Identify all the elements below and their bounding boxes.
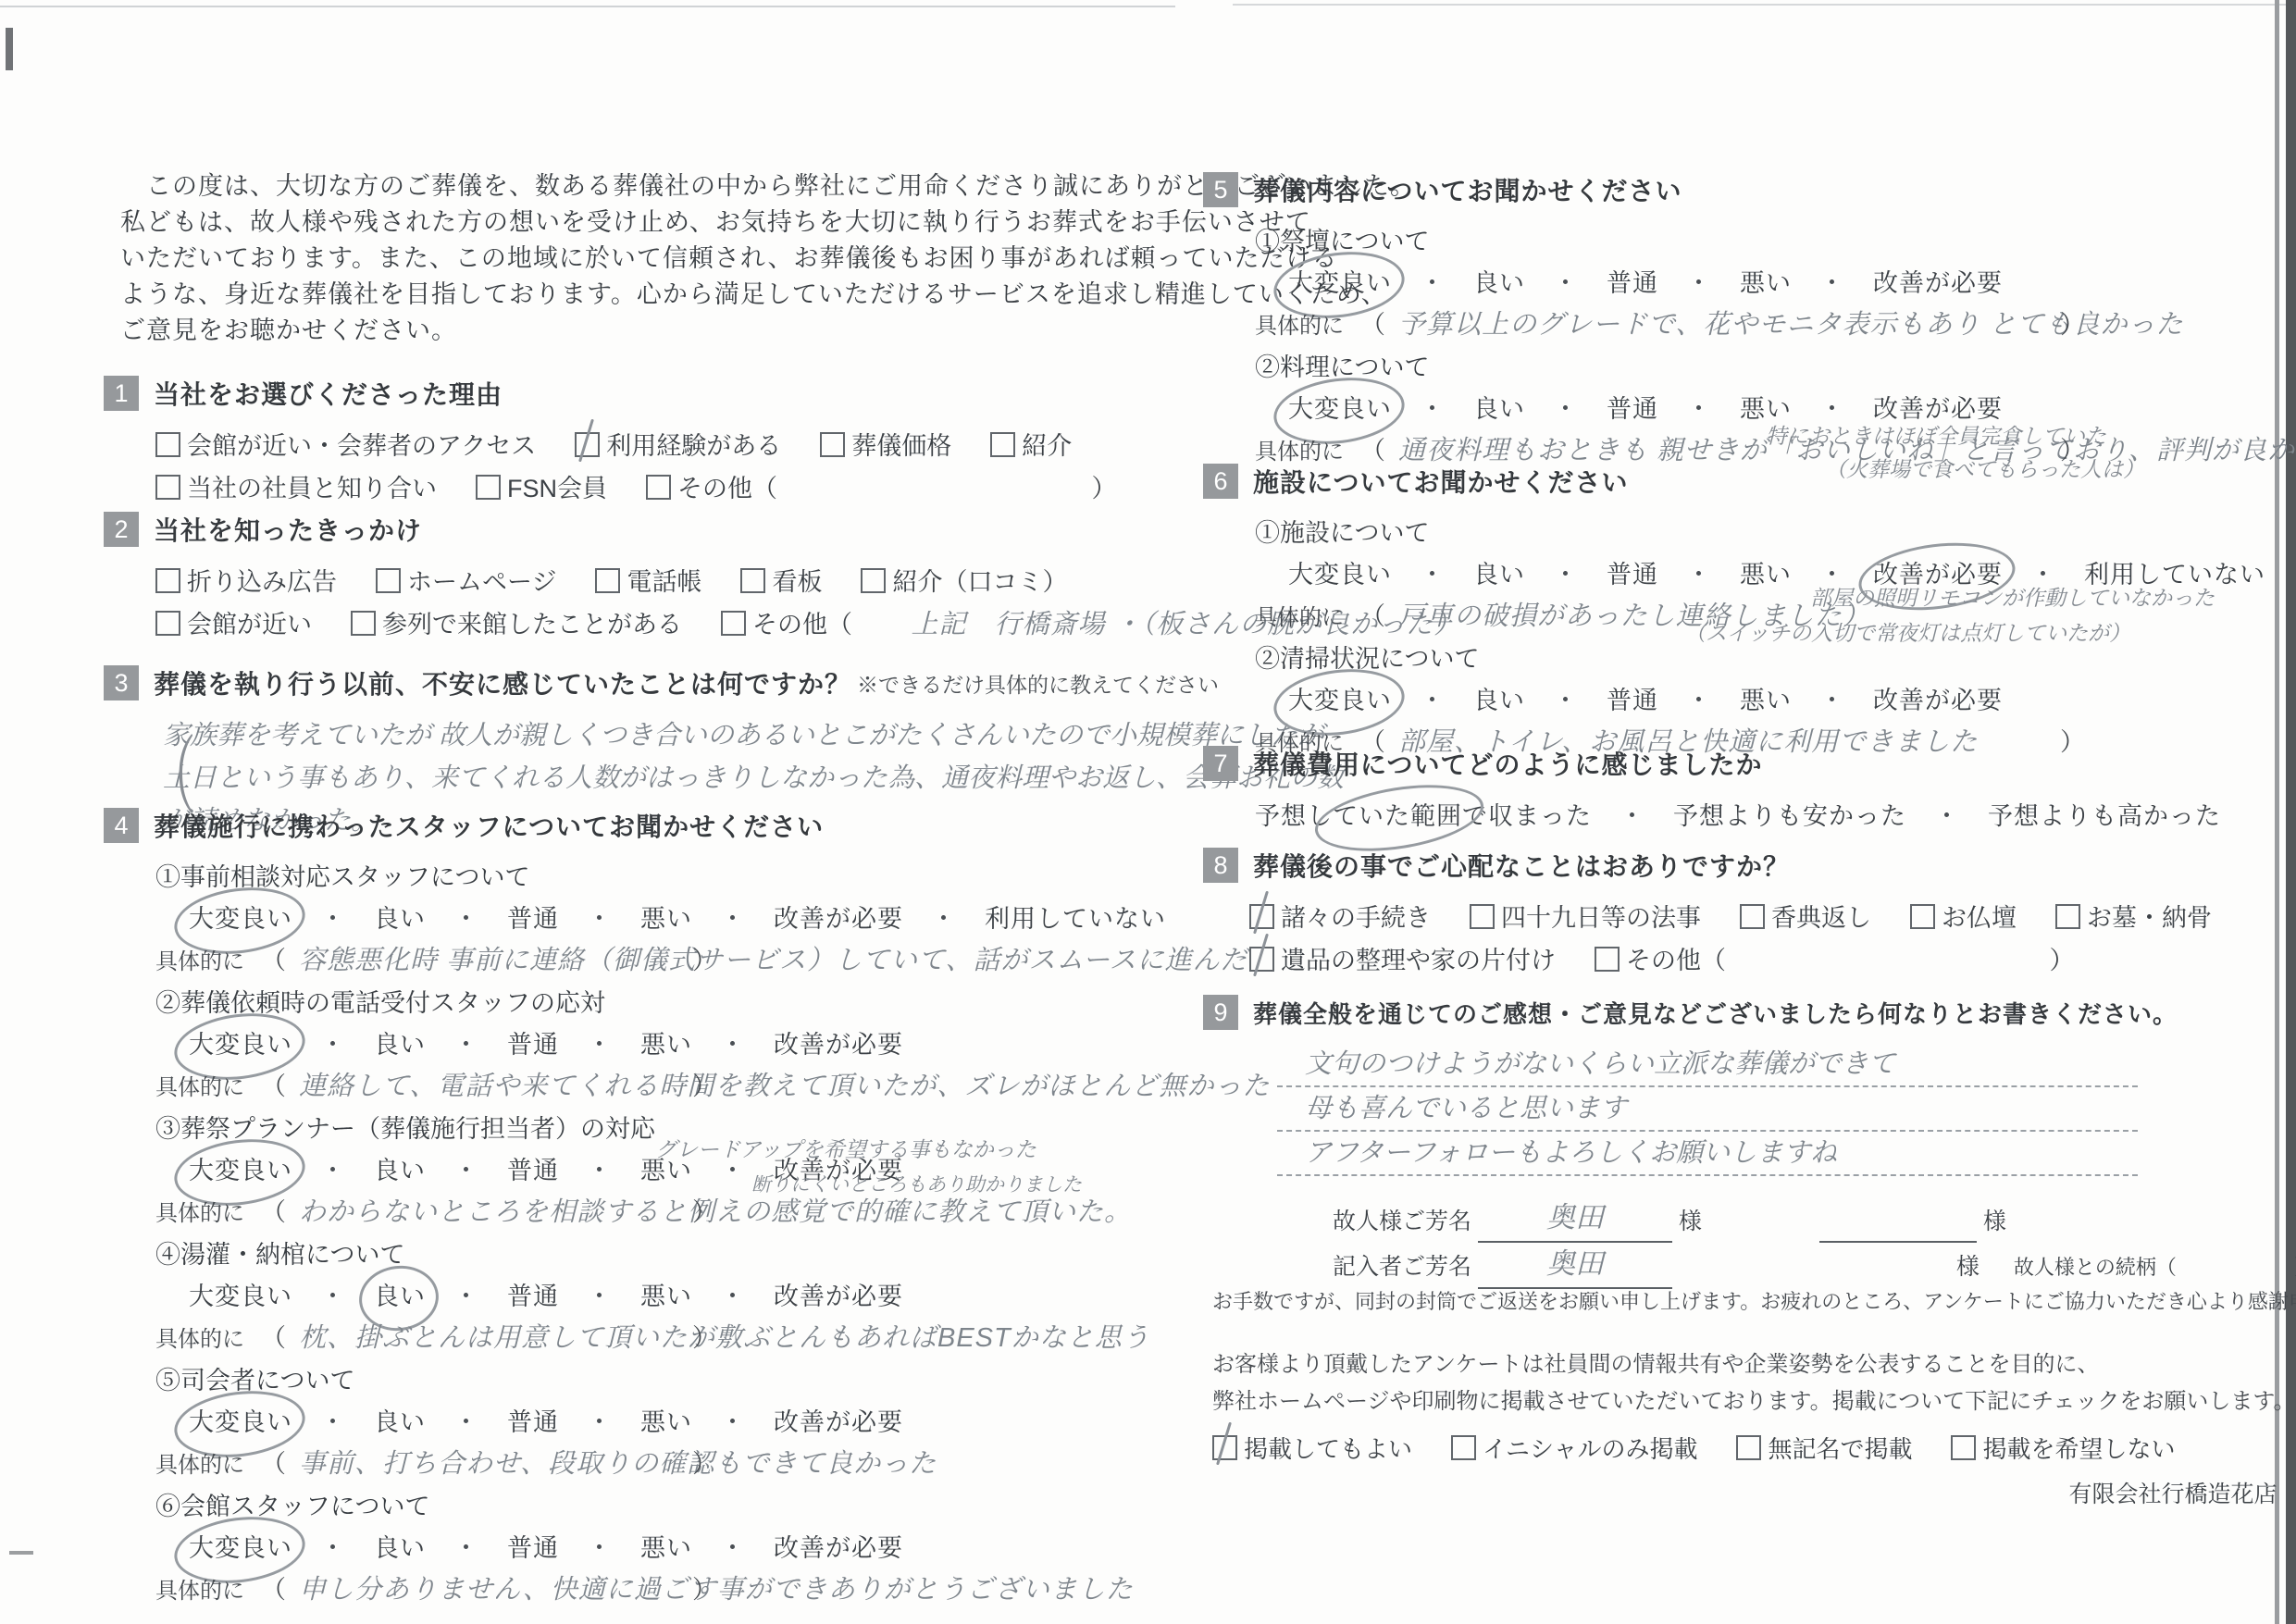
rating-option: 改善が必要 (774, 1401, 903, 1444)
checkbox-item: お仏壇 (1910, 904, 2017, 932)
writer-name-field: 奥田 (1478, 1243, 1672, 1289)
section-4-staff-feedback: 4 葬儀施行に携わったスタッフについてお聞かせください ①事前相談対応スタッフに… (104, 807, 1270, 1612)
open-paren: （ (261, 947, 286, 974)
checkbox-item: 折り込み広告 (155, 568, 337, 596)
checkbox-label: ホームページ (407, 568, 556, 596)
rating-option-selected: 良い (374, 1275, 426, 1318)
section-4-item-1-rating: 大変良い・良い・普通・悪い・改善が必要・利用していない (104, 898, 1270, 940)
open-paren: （ (1360, 437, 1385, 465)
names-block: 故人様ご芳名 奥田 様 様 記入者ご芳名 奥田 様 故人様との続柄（ ） (1333, 1196, 2296, 1289)
concrete-label: 具体的に (1255, 605, 1344, 630)
checkbox (376, 568, 401, 593)
checkbox-item: 紹介 (990, 432, 1072, 460)
scan-mark-top-left (6, 28, 13, 70)
option-separator: ・ (453, 1283, 479, 1310)
section-9-badge: 9 (1203, 995, 1238, 1030)
rating-option: 予想よりも高かった (1988, 795, 2221, 837)
checkbox (476, 475, 501, 500)
checkbox-item: 電話帳 (595, 568, 701, 596)
open-paren: （ (1360, 311, 1385, 339)
rating-option: 予想よりも安かった (1673, 795, 1906, 837)
section-2-title: 当社を知ったきっかけ (154, 511, 422, 548)
checkbox (351, 611, 376, 636)
checkbox-item: 当社の社員と知り合い (155, 475, 437, 502)
checkbox (155, 432, 180, 457)
checkbox-label: 遺品の整理や家の片付け (1281, 947, 1556, 974)
close-paren: ） (2060, 304, 2085, 345)
checkbox-item: イニシャルのみ掲載 (1451, 1435, 1697, 1463)
checkbox-label: 当社の社員と知り合い (187, 475, 437, 502)
option-separator: ・ (1686, 395, 1712, 423)
rating-option: 悪い (1740, 553, 1792, 596)
checkbox-label: 電話帳 (627, 568, 701, 596)
checkbox-item: 利用経験がある (575, 432, 781, 460)
rating-option: 悪い (640, 1275, 692, 1318)
rating-option: 普通 (1607, 553, 1658, 596)
deceased-name-label: 故人様ご芳名 (1333, 1209, 1471, 1234)
rating-option: 普通 (1607, 388, 1658, 430)
checkbox-checked (575, 432, 600, 457)
scan-edge-top-line (0, 6, 1175, 7)
option-separator: ・ (1420, 269, 1446, 297)
section-4-item-3-side-note-2: 断りにくいところもあり助かりました (751, 1170, 1082, 1197)
section-8-title: 葬儀後の事でご心配なことはおありですか？ (1253, 847, 1790, 884)
rating-option: 普通 (1607, 262, 1658, 304)
publication-consent-text: お客様より頂戴したアンケートは社員間の情報共有や企業姿勢を公表することを目的に、… (1212, 1346, 2295, 1420)
checkbox (646, 475, 671, 500)
option-separator: ・ (720, 1031, 746, 1059)
option-separator: ・ (587, 1534, 613, 1562)
section-6-item-1-label: ①施設について (1203, 513, 2265, 553)
checkbox (1740, 904, 1765, 929)
option-separator: ・ (587, 1157, 613, 1184)
checkbox-label: 利用経験がある (606, 432, 781, 460)
checkbox-label: 四十九日等の法事 (1501, 904, 1701, 932)
section-8-after-funeral-concerns: 8 葬儀後の事でご心配なことはおありですか？ 諸々の手続き四十九日等の法事香典返… (1203, 847, 2251, 982)
option-separator: ・ (453, 905, 479, 933)
section-3-note: ※できるだけ具体的に教えてください (857, 668, 1219, 699)
text-line: 文句のつけようがないくらい立派な葬儀ができて (1277, 1043, 2138, 1087)
option-separator: ・ (931, 905, 957, 933)
rating-option: 悪い (640, 898, 692, 940)
rating-option: 良い (374, 898, 426, 940)
option-separator: ・ (320, 1283, 346, 1310)
rating-option: 改善が必要 (774, 1527, 903, 1569)
checkbox (861, 568, 886, 593)
section-5-title: 葬儀内容についてお聞かせください (1253, 171, 1682, 208)
open-paren: （ (261, 1576, 286, 1604)
option-separator: ・ (1553, 687, 1579, 714)
section-8-other-close-paren: ） (2050, 947, 2075, 974)
checkbox-label: お墓・納骨 (2087, 904, 2212, 932)
checkbox-item: 四十九日等の法事 (1470, 904, 1701, 932)
rating-option: 改善が必要 (1873, 262, 2003, 304)
return-instruction: お手数ですが、同封の封筒でご返送をお願い申し上げます。お疲れのところ、アンケート… (1212, 1286, 2296, 1315)
concrete-label: 具体的に (155, 1579, 244, 1604)
handwritten-comment: 連絡して、電話や来てくれる時間を教えて頂いたが、ズレがほとんど無かった (299, 1072, 1270, 1101)
section-1-badge: 1 (104, 376, 139, 411)
checkbox-checked (1249, 947, 1274, 972)
rating-option: 良い (374, 1527, 426, 1569)
close-paren: ） (692, 940, 717, 981)
section-5-item-2-rating: 大変良い・良い・普通・悪い・改善が必要 (1203, 388, 2296, 430)
checkbox-label: その他（ (677, 475, 777, 502)
checkbox (155, 475, 180, 500)
rating-option: 利用していない (985, 898, 1166, 940)
option-separator: ・ (1819, 269, 1845, 297)
section-7-options: 予想していた範囲で収まった・予想よりも安かった・予想よりも高かった (1203, 795, 2221, 837)
rating-option: 普通 (507, 1149, 559, 1192)
section-4-badge: 4 (104, 808, 139, 843)
rating-option: 良い (374, 1023, 426, 1066)
scanned-questionnaire-page: この度は、大切な方のご葬儀を、数ある葬儀社の中から弊社にご用命くださり誠にありが… (0, 0, 2296, 1624)
checkbox-item: ホームページ (376, 568, 556, 596)
section-4-title: 葬儀施行に携わったスタッフについてお聞かせください (154, 807, 824, 844)
section-2-checkbox-row-2-items: 会館が近い参列で来館したことがあるその他（ (155, 611, 891, 638)
option-separator: ・ (1420, 561, 1446, 589)
section-1-title: 当社をお選びくださった理由 (154, 375, 503, 412)
checkbox (1470, 904, 1495, 929)
checkbox-item: 遺品の整理や家の片付け (1249, 947, 1556, 974)
rating-option: 改善が必要 (774, 1275, 903, 1318)
option-separator: ・ (453, 1031, 479, 1059)
checkbox-item: 会館が近い・会葬者のアクセス (155, 432, 536, 460)
section-8-badge: 8 (1203, 848, 1238, 883)
concrete-label: 具体的に (155, 949, 244, 974)
section-1-checkbox-row-1: 会館が近い・会葬者のアクセス利用経験がある葬儀価格紹介 (104, 425, 1117, 467)
checkbox-item: 会館が近い (155, 611, 312, 638)
section-1-checkbox-row-2-items: 当社の社員と知り合いFSN会員その他（ (155, 475, 816, 502)
checkbox-label: 無記名で掲載 (1768, 1435, 1912, 1463)
checkbox-label: 会館が近い (187, 611, 312, 638)
section-6-badge: 6 (1203, 464, 1238, 499)
option-separator: ・ (587, 1408, 613, 1436)
concrete-label: 具体的に (155, 1201, 244, 1226)
section-8-checkbox-row-2-items: 遺品の整理や家の片付けその他（ (1249, 947, 1765, 974)
option-separator: ・ (1553, 561, 1579, 589)
option-separator: ・ (720, 905, 746, 933)
rating-option-selected: 大変良い (1288, 388, 1392, 430)
section-4-item-4-rating: 大変良い・良い・普通・悪い・改善が必要 (104, 1275, 1270, 1318)
deceased-name-row: 故人様ご芳名 奥田 様 様 (1333, 1196, 2296, 1243)
rating-option: 良い (374, 1149, 426, 1192)
concrete-label: 具体的に (155, 1453, 244, 1478)
section-6-item-1-side-note-1: 部屋の照明リモコンが作動していなかった (1810, 581, 2215, 612)
checkbox-label: イニシャルのみ掲載 (1483, 1435, 1697, 1463)
option-separator: ・ (320, 1031, 346, 1059)
open-paren: （ (261, 1324, 286, 1352)
rating-option: 良い (1473, 553, 1525, 596)
close-paren: ） (692, 1318, 717, 1358)
rating-option-selected: 大変良い (1288, 262, 1392, 304)
concrete-label: 具体的に (155, 1075, 244, 1100)
option-separator: ・ (587, 1031, 613, 1059)
section-9-title: 葬儀全般を通じてのご感想・ご意見などございましたら何なりとお書きください。 (1253, 996, 2178, 1030)
text-line: アフターフォローもよろしくお願いしますね (1277, 1132, 2138, 1176)
writer-name-label: 記入者ご芳名 (1333, 1254, 1471, 1280)
rating-option: 普通 (507, 1527, 559, 1569)
relation-label: 故人様との続柄（ (2014, 1256, 2177, 1279)
checkbox-label: 掲載してもよい (1244, 1435, 1412, 1463)
sama-label: 様 (1983, 1209, 2006, 1234)
rating-option: 普通 (507, 898, 559, 940)
deceased-name-field-2 (1819, 1198, 1977, 1243)
rating-option-selected: 大変良い (189, 1401, 292, 1444)
checkbox-label: 紹介（口コミ） (892, 568, 1067, 596)
section-6-facility: 6 施設についてお聞かせください ①施設について 大変良い・良い・普通・悪い・改… (1203, 463, 2265, 764)
scan-edge-top-line-right (1233, 4, 2296, 6)
checkbox-item: 葬儀価格 (820, 432, 951, 460)
option-separator: ・ (320, 1534, 346, 1562)
close-paren: ） (692, 1192, 717, 1233)
option-separator: ・ (1686, 687, 1712, 714)
checkbox-item: 参列で来館したことがある (351, 611, 682, 638)
handwritten-comment: 事前、打ち合わせ、段取りの確認もできて良かった (299, 1449, 937, 1479)
checkbox-label: 掲載を希望しない (1982, 1435, 2175, 1463)
deceased-name-handwriting: 奥田 (1546, 1201, 1604, 1233)
section-7-funeral-cost: 7 葬儀費用についてどのように感じましたか 予想していた範囲で収まった・予想より… (1203, 745, 2221, 837)
section-6-item-1-side-note-2: （スイッチの入切で常夜灯は点灯していたが） (1684, 616, 2130, 647)
deceased-name-field: 奥田 (1478, 1196, 1672, 1243)
open-paren: （ (261, 1198, 286, 1226)
checkbox-label: 香典返し (1771, 904, 1871, 932)
checkbox-item: 掲載してもよい (1212, 1435, 1412, 1463)
publication-consent-block: お客様より頂戴したアンケートは社員間の情報共有や企業姿勢を公表することを目的に、… (1212, 1346, 2295, 1509)
rating-option: 改善が必要 (774, 898, 903, 940)
rating-option: 大変良い (189, 1275, 292, 1318)
rating-option-selected: 予想していた範囲で収まった (1255, 795, 1592, 837)
text-line: 家族葬を考えていたが 故人が親しくつき合いのあるいとこがたくさんいたので小規模葬… (163, 714, 1344, 757)
rating-option: 改善が必要 (774, 1023, 903, 1066)
section-8-checkbox-row-1: 諸々の手続き四十九日等の法事香典返しお仏壇お墓・納骨 (1203, 897, 2251, 939)
section-1-checkbox-row-2: 当社の社員と知り合いFSN会員その他（ ） (104, 467, 1117, 510)
checkbox (740, 568, 765, 593)
option-separator: ・ (320, 1408, 346, 1436)
handwritten-comment: 容態悪化時 事前に連絡（御儀式サービス）していて、話がスムースに進んだ (299, 946, 1248, 975)
text-line: 母も喜んでいると思います (1277, 1087, 2138, 1132)
checkbox-item: その他（ (646, 475, 777, 502)
option-separator: ・ (720, 1408, 746, 1436)
rating-option: 悪い (640, 1527, 692, 1569)
section-4-item-4-label: ④湯灌・納棺について (104, 1234, 1270, 1275)
checkbox (1951, 1435, 1976, 1460)
checkbox-label: お仏壇 (1942, 904, 2017, 932)
text-line: 土日という事もあり、来てくれる人数がはっきりしなかった為、通夜料理やお返し、会葬… (163, 757, 1344, 800)
section-7-title: 葬儀費用についてどのように感じましたか (1253, 745, 1762, 782)
checkbox-label: その他（ (752, 611, 852, 638)
rating-option-selected: 大変良い (1288, 679, 1392, 722)
rating-option: 悪い (640, 1023, 692, 1066)
close-paren: ） (692, 1066, 717, 1107)
rating-option: 改善が必要 (1873, 679, 2003, 722)
checkbox (1736, 1435, 1761, 1460)
open-paren: （ (1360, 602, 1385, 630)
handwritten-comment: 枕、掛ぶとんは用意して頂いたが敷ぶとんもあればBESTかなと思う (299, 1323, 1150, 1353)
option-separator: ・ (1934, 802, 1960, 830)
section-3-badge: 3 (104, 665, 139, 700)
rating-option: 良い (1473, 388, 1525, 430)
rating-option-selected: 大変良い (189, 898, 292, 940)
option-separator: ・ (1553, 395, 1579, 423)
section-4-item-2-rating: 大変良い・良い・普通・悪い・改善が必要 (104, 1023, 1270, 1066)
option-separator: ・ (1420, 395, 1446, 423)
rating-option: 普通 (1607, 679, 1658, 722)
section-9-handwritten-comments: 文句のつけようがないくらい立派な葬儀ができて母も喜んでいると思いますアフターフォ… (1277, 1043, 2178, 1176)
option-separator: ・ (453, 1157, 479, 1184)
checkbox-checked (1249, 904, 1274, 929)
open-paren: （ (261, 1450, 286, 1478)
section-4-item-2-comment-row: 具体的に（連絡して、電話や来てくれる時間を教えて頂いたが、ズレがほとんど無かった… (104, 1066, 1270, 1109)
checkbox-label: FSN会員 (507, 475, 607, 502)
checkbox (820, 432, 845, 457)
rating-option: 悪い (1740, 679, 1792, 722)
checkbox-label: 紹介 (1022, 432, 1072, 460)
option-separator: ・ (587, 1283, 613, 1310)
section-9-overall-comments: 9 葬儀全般を通じてのご感想・ご意見などございましたら何なりとお書きください。 … (1203, 995, 2178, 1176)
section-4-item-6-rating: 大変良い・良い・普通・悪い・改善が必要 (104, 1527, 1270, 1569)
section-5-item-1-rating: 大変良い・良い・普通・悪い・改善が必要 (1203, 262, 2296, 304)
sama-label: 様 (1679, 1209, 1702, 1234)
rating-option: 大変良い (1288, 553, 1392, 596)
section-4-item-6-comment-row: 具体的に（申し分ありません、快適に過ごす事ができありがとうございました） (104, 1569, 1270, 1612)
checkbox-label: 折り込み広告 (187, 568, 337, 596)
checkbox-label: 諸々の手続き (1281, 904, 1431, 932)
checkbox-label: その他（ (1626, 947, 1726, 974)
checkbox (721, 611, 746, 636)
writer-name-handwriting: 奥田 (1546, 1247, 1604, 1280)
checkbox (1451, 1435, 1476, 1460)
text-line: お客様より頂戴したアンケートは社員間の情報共有や企業姿勢を公表することを目的に、 (1212, 1346, 2295, 1383)
open-paren: （ (261, 1072, 286, 1100)
checkbox-label: 参列で来館したことがある (382, 611, 682, 638)
checkbox-label: 会館が近い・会葬者のアクセス (187, 432, 536, 460)
section-4-item-4-comment-row: 具体的に（枕、掛ぶとんは用意して頂いたが敷ぶとんもあればBESTかなと思う） (104, 1318, 1270, 1360)
option-separator: ・ (1620, 802, 1645, 830)
checkbox (990, 432, 1015, 457)
option-separator: ・ (1686, 269, 1712, 297)
option-separator: ・ (453, 1534, 479, 1562)
option-separator: ・ (720, 1283, 746, 1310)
concrete-label: 具体的に (1255, 440, 1344, 465)
option-separator: ・ (1686, 561, 1712, 589)
concrete-label: 具体的に (1255, 314, 1344, 339)
company-name: 有限会社行橋造花店 (1212, 1476, 2295, 1509)
section-5-item-2-side-note-1: 特におときはほぼ全員完食していた (1766, 419, 2106, 450)
section-4-item-1-comment-row: 具体的に（容態悪化時 事前に連絡（御儀式サービス）していて、話がスムースに進んだ… (104, 940, 1270, 983)
checkbox (1910, 904, 1935, 929)
close-paren: ） (692, 1444, 717, 1484)
checkbox-label: 葬儀価格 (851, 432, 951, 460)
section-8-checkbox-row-2: 遺品の整理や家の片付けその他（ ） (1203, 939, 2251, 982)
section-5-badge: 5 (1203, 172, 1238, 207)
option-separator: ・ (1819, 687, 1845, 714)
option-separator: ・ (587, 905, 613, 933)
publication-consent-checkboxes: 掲載してもよいイニシャルのみ掲載無記名で掲載掲載を希望しない (1212, 1428, 2295, 1470)
checkbox-item: 諸々の手続き (1249, 904, 1431, 932)
checkbox-item: 紹介（口コミ） (861, 568, 1067, 596)
section-6-item-2-rating: 大変良い・良い・普通・悪い・改善が必要 (1203, 679, 2265, 722)
option-separator: ・ (1420, 687, 1446, 714)
checkbox-item: その他（ (1595, 947, 1726, 974)
checkbox-item: 無記名で掲載 (1736, 1435, 1912, 1463)
checkbox-checked (1212, 1435, 1237, 1460)
checkbox (155, 568, 180, 593)
rating-option-selected: 大変良い (189, 1149, 292, 1192)
rating-option: 良い (1473, 262, 1525, 304)
sama-label: 様 (1956, 1254, 1980, 1280)
option-separator: ・ (1553, 269, 1579, 297)
checkbox-item: その他（ (721, 611, 852, 638)
section-4-item-5-comment-row: 具体的に（事前、打ち合わせ、段取りの確認もできて良かった） (104, 1444, 1270, 1486)
checkbox-label: 看板 (772, 568, 822, 596)
checkbox (595, 568, 620, 593)
checkbox (155, 611, 180, 636)
scan-mark-bottom-left (9, 1551, 33, 1555)
rating-option: 良い (1473, 679, 1525, 722)
rating-option: 悪い (1740, 262, 1792, 304)
rating-option: 普通 (507, 1275, 559, 1318)
section-5-funeral-content: 5 葬儀内容についてお聞かせください ①祭壇について 大変良い・良い・普通・悪い… (1203, 171, 2296, 473)
checkbox-item: 香典返し (1740, 904, 1871, 932)
concrete-label: 具体的に (155, 1327, 244, 1352)
option-separator: ・ (720, 1534, 746, 1562)
checkbox (1595, 947, 1620, 972)
section-6-title: 施設についてお聞かせください (1253, 463, 1628, 500)
section-7-badge: 7 (1203, 746, 1238, 781)
rating-option-selected: 大変良い (189, 1023, 292, 1066)
text-line: 弊社ホームページや印刷物に掲載させていただいております。掲載について下記にチェッ… (1212, 1383, 2295, 1420)
checkbox-item: 看板 (740, 568, 822, 596)
checkbox-item: FSN会員 (476, 475, 607, 502)
option-separator: ・ (320, 1157, 346, 1184)
rating-option: 良い (374, 1401, 426, 1444)
rating-option-selected: 大変良い (189, 1527, 292, 1569)
section-3-title: 葬儀を執り行う以前、不安に感じていたことは何ですか？ (154, 664, 851, 701)
close-paren: ） (692, 1569, 717, 1610)
section-1-other-close-paren: ） (1092, 475, 1117, 502)
rating-option: 普通 (507, 1401, 559, 1444)
checkbox (2055, 904, 2080, 929)
section-4-item-3-side-note-1: グレードアップを希望する事もなかった (655, 1133, 1036, 1163)
section-4-item-3-comment-row: 具体的に（わからないところを相談すると例えの感覚で的確に教えて頂いた。） (104, 1192, 1270, 1234)
section-2-badge: 2 (104, 512, 139, 547)
rating-option: 悪い (640, 1401, 692, 1444)
writer-name-row: 記入者ご芳名 奥田 様 故人様との続柄（ ） (1333, 1243, 2296, 1289)
option-separator: ・ (453, 1408, 479, 1436)
checkbox-item: 掲載を希望しない (1951, 1435, 2175, 1463)
option-separator: ・ (320, 905, 346, 933)
section-5-item-1-comment-row: 具体的に（予算以上のグレードで、花やモニタ表示もあり とても良かった） (1203, 304, 2296, 347)
checkbox-item: お墓・納骨 (2055, 904, 2212, 932)
rating-option: 普通 (507, 1023, 559, 1066)
section-1-reason-for-choosing: 1 当社をお選びくださった理由 会館が近い・会葬者のアクセス利用経験がある葬儀価… (104, 375, 1117, 510)
section-4-item-5-rating: 大変良い・良い・普通・悪い・改善が必要 (104, 1401, 1270, 1444)
